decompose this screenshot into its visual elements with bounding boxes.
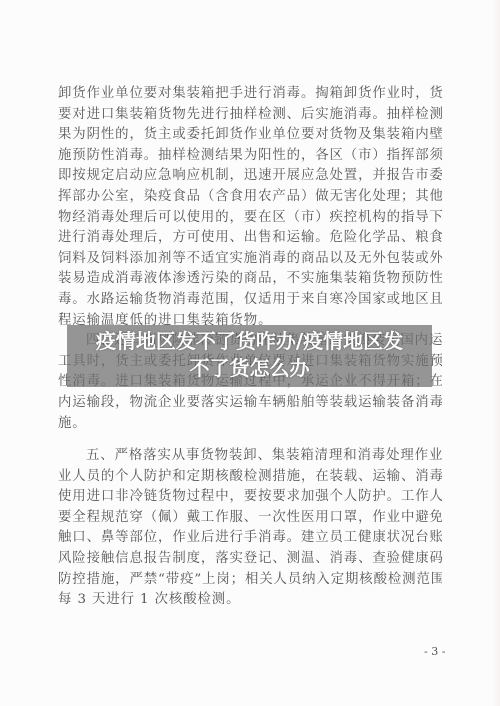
paragraph-line: 使用进口非冷链货物过程中，要按要求加强个人防护。工作人员: [58, 487, 442, 508]
paragraph-line: 装易造成消毒液体渗透污染的商品，不实施集装箱货物预防性消: [58, 269, 442, 290]
paragraph-line: 要全程规范穿（佩）戴工作服、一次性医用口罩，作业中避免接: [58, 508, 442, 529]
document-page: 卸货作业单位要对集装箱把手进行消毒。掏箱卸货作业时，货主 要对进口集装箱货物先进…: [0, 0, 500, 706]
paragraph-line: 每 3 天进行 1 次核酸检测。: [58, 590, 442, 611]
paragraph-line: 风险接触信息报告制度，落实登记、测温、消毒、查验健康码等: [58, 549, 442, 570]
paragraph-line: 触口、鼻等部位，作业后进行手消毒。建立员工健康状况台账和: [58, 528, 442, 549]
paragraph-line: 毒。水路运输货物消毒范围，仅适用于来自寒冷国家或地区且全: [58, 290, 442, 311]
paragraph-line: 挥部办公室，染疫食品（含食用农产品）做无害化处理；其他货: [58, 187, 442, 208]
paragraph-line: 内运输段，物流企业要落实运输车辆船舶等装载运输装备消毒措: [58, 393, 442, 414]
page-number: - 3 -: [424, 645, 445, 658]
paragraph-line: 业人员的个人防护和定期核酸检测措施，在装载、运输、消毒、: [58, 467, 442, 488]
banner-title-line-2: 不了货怎么办: [67, 355, 432, 382]
section-five-heading-line: 五、严格落实从事货物装卸、集装箱清理和消毒处理作业从: [58, 446, 442, 467]
paragraph-line: 果为阴性的，货主或委托卸货作业单位要对货物及集装箱内壁实: [58, 125, 442, 146]
paragraph-line: 物经消毒处理后可以使用的，要在区（市）疾控机构的指导下，: [58, 208, 442, 229]
paragraph-line: 施。: [58, 414, 442, 435]
paragraph-line: 即按规定启动应急响应机制，迅速开展应急处置，并报告市委指: [58, 166, 442, 187]
paragraph-line: 进行消毒处理后，方可使用、出售和运输。危险化学品、粮食、: [58, 228, 442, 249]
banner-title-line-1: 疫情地区发不了货咋办/疫情地区发: [67, 328, 432, 355]
paragraph-line: 防控措施，严禁“带疫”上岗；相关人员纳入定期核酸检测范围，: [58, 570, 442, 591]
title-banner: 疫情地区发不了货咋办/疫情地区发 不了货怎么办: [67, 325, 432, 382]
paragraph-line: 饲料及饲料添加剂等不适宜实施消毒的商品以及无外包装或外包: [58, 249, 442, 270]
paragraph-line: 要对进口集装箱货物先进行抽样检测、后实施消毒。抽样检测结: [58, 105, 442, 126]
paragraph-line: 施预防性消毒。抽样检测结果为阳性的，各区（市）指挥部须立: [58, 146, 442, 167]
paragraph-line: 卸货作业单位要对集装箱把手进行消毒。掏箱卸货作业时，货主: [58, 84, 442, 105]
page-edge-shadow: [492, 0, 500, 706]
